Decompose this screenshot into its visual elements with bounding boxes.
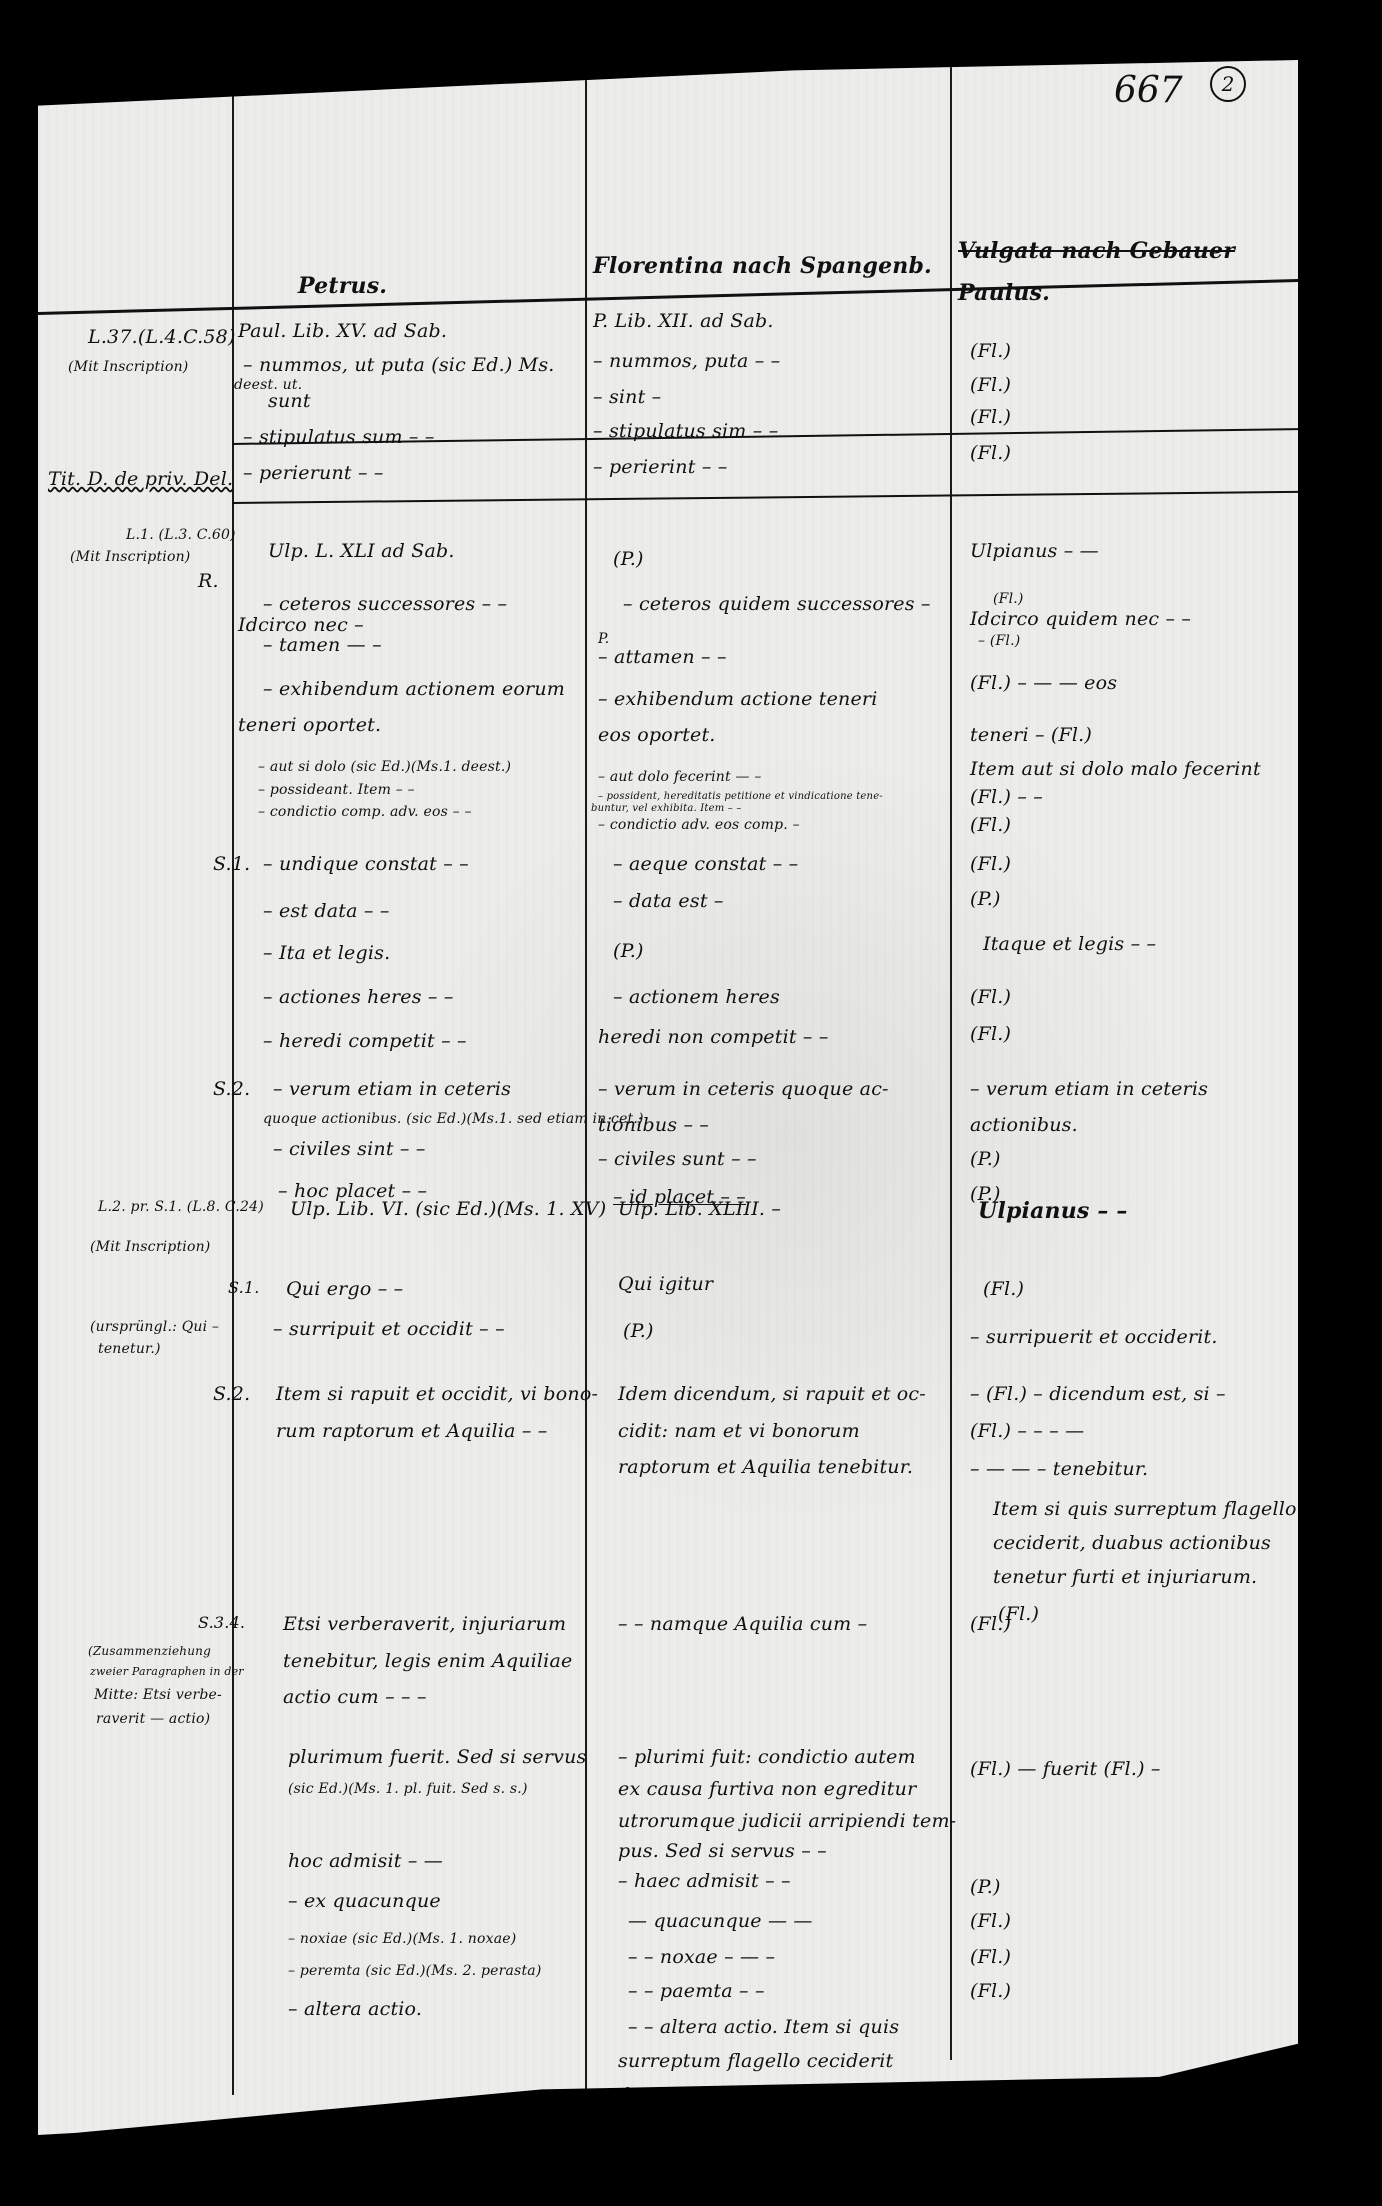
florentina-line: Qui igitur — [618, 1275, 713, 1294]
margin-note: (Mit Inscription) — [68, 360, 188, 374]
florentina-line: furti et injuriarum. — [618, 2118, 803, 2137]
petrus-line: – surripuit et occidit – – — [273, 1320, 505, 1339]
manuscript-page: 667 2 Petrus. Florentina nach Spangenb. … — [38, 60, 1298, 2135]
vulgata-line: (Fl.) — [970, 988, 1011, 1007]
vulgata-line: (Fl.) – – — [970, 788, 1043, 807]
petrus-line: Ulp. Lib. VI. (sic Ed.)(Ms. 1. XV) — [290, 1200, 606, 1219]
florentina-line: – plurimi fuit: condictio autem — [618, 1748, 916, 1767]
petrus-line: – Ita et legis. — [263, 944, 390, 963]
florentina-line: — quacunque — — — [628, 1912, 813, 1931]
petrus-line: – tamen — – — [263, 636, 382, 655]
vulgata-line: (Fl.) – – – — — [970, 1422, 1084, 1441]
vulgata-line: ceciderit, duabus actionibus — [993, 1534, 1271, 1553]
vulgata-line: (P.) — [970, 1150, 1001, 1169]
vulgata-line: – surripuerit et occiderit. — [970, 1328, 1218, 1347]
header-florentina: Florentina nach Spangenb. — [593, 255, 932, 277]
petrus-line: – stipulatus sum – – — [243, 428, 435, 447]
vulgata-line: (Fl.) — [970, 408, 1011, 427]
vulgata-line: (Fl.) — [970, 1982, 1011, 2001]
petrus-line: – heredi competit – – — [263, 1032, 467, 1051]
florentina-line: – perierint – – — [593, 458, 727, 477]
florentina-line: – aut dolo fecerint — – — [598, 770, 762, 784]
vulgata-line: (Fl.) — [970, 376, 1011, 395]
florentina-mark: P. — [598, 632, 609, 646]
vulgata-line: – verum etiam in ceteris — [970, 1080, 1208, 1099]
margin-note: (Mit Inscription) — [90, 1240, 210, 1254]
petrus-line: – est data – – — [263, 902, 390, 921]
petrus-line: Ulp. L. XLI ad Sab. — [268, 542, 455, 561]
section-ref: S.3.4. — [198, 1615, 245, 1631]
vulgata-line: Item aut si dolo malo fecerint — [970, 760, 1261, 779]
petrus-line: – ex quacunque — [288, 1892, 441, 1911]
florentina-line: – haec admisit – – — [618, 1872, 791, 1891]
petrus-line: – possideant. Item – – — [258, 783, 415, 797]
vulgata-line: (Fl.) — [970, 855, 1011, 874]
petrus-line: – nummos, ut puta (sic Ed.) Ms. — [243, 356, 555, 375]
petrus-line: – actiones heres – – — [263, 988, 454, 1007]
petrus-line: hoc admisit – — — [288, 1852, 443, 1871]
petrus-line: rum raptorum et Aquilia – – — [276, 1422, 547, 1441]
petrus-line: – verum etiam in ceteris — [273, 1080, 511, 1099]
florentina-line: surreptum flagello ceciderit — [618, 2052, 893, 2071]
florentina-line: ex causa furtiva non egreditur — [618, 1780, 916, 1799]
section-ref: S.2. — [213, 1385, 250, 1404]
petrus-line: – civiles sint – – — [273, 1140, 426, 1159]
vulgata-line: (Fl.) — [993, 592, 1024, 606]
petrus-line: – altera actio. — [288, 2000, 422, 2019]
florentina-line: – – paemta – – — [628, 1982, 765, 2001]
vulgata-line: actionibus. — [970, 1116, 1078, 1135]
vulgata-line: Ulpianus – – — [978, 1200, 1128, 1222]
florentina-line: utrorumque judicii arripiendi tem- — [618, 1812, 956, 1831]
row-rule-2 — [232, 491, 1300, 504]
petrus-line: – aut si dolo (sic Ed.)(Ms.1. deest.) — [258, 760, 511, 774]
petrus-line: (sic Ed.)(Ms. 1. pl. fuit. Sed s. s.) — [288, 1782, 528, 1796]
margin-note: tenetur.) — [98, 1342, 161, 1356]
florentina-line: – – noxae – — – — [628, 1948, 775, 1967]
margin-title: Tit. D. de priv. Del. — [48, 470, 233, 489]
section-ref: S.1. — [213, 855, 250, 874]
vulgata-line: (Fl.) — [970, 1615, 1011, 1634]
margin-ref: L.1. (L.3. C.60) — [126, 528, 236, 542]
vulgata-line: Ulpianus – — — [970, 542, 1099, 561]
margin-note: (Zusammenziehung — [88, 1645, 211, 1657]
vulgata-line: (Fl.) — fuerit (Fl.) – — [970, 1760, 1161, 1779]
petrus-line: – ceteros successores – – — [263, 595, 507, 614]
florentina-line: – stipulatus sim – – — [593, 422, 778, 441]
petrus-line: teneri oportet. — [238, 716, 381, 735]
section-ref: S.2. — [213, 1080, 250, 1099]
petrus-line: Idcirco nec – — [238, 616, 364, 635]
florentina-line: – sint – — [593, 388, 661, 407]
petrus-line: Etsi verberaverit, injuriarum — [283, 1615, 566, 1634]
vulgata-line: (P.) — [970, 1878, 1001, 1897]
florentina-line: Ulp. Lib. XLIII. – — [618, 1200, 781, 1219]
florentina-line: pus. Sed si servus – – — [618, 1842, 827, 1861]
florentina-line: – exhibendum actione teneri — [598, 690, 877, 709]
florentina-line: raptorum et Aquilia tenebitur. — [618, 1458, 913, 1477]
header-vulgata: Vulgata nach Gebauer — [958, 240, 1235, 262]
florentina-line: cidit: nam et vi bonorum — [618, 1422, 860, 1441]
petrus-line: quoque actionibus. (sic Ed.)(Ms.1. sed e… — [263, 1112, 644, 1126]
florentina-line: Idem dicendum, si rapuit et oc- — [618, 1385, 926, 1404]
petrus-line: – exhibendum actionem eorum — [263, 680, 565, 699]
florentina-line: duabus actionibus tenebitur, — [618, 2086, 899, 2105]
petrus-line: Qui ergo – – — [286, 1280, 403, 1299]
florentina-line: – nummos, puta – – — [593, 352, 780, 371]
margin-note: Mitte: Etsi verbe- — [94, 1688, 222, 1702]
vulgata-line: (Fl.) — [970, 1912, 1011, 1931]
vulgata-line: (Fl.) — [970, 816, 1011, 835]
margin-mark: R. — [198, 572, 219, 591]
vulgata-line: – (Fl.) — [978, 634, 1020, 648]
florentina-line: – condictio adv. eos comp. – — [598, 818, 800, 832]
vulgata-line: (P.) — [970, 890, 1001, 909]
section-ref: S.1. — [228, 1280, 260, 1296]
vulgata-line: Idcirco quidem nec – – — [970, 610, 1191, 629]
vulgata-line: (Fl.) — [983, 1280, 1024, 1299]
florentina-line: – civiles sunt – – — [598, 1150, 757, 1169]
florentina-line: P. Lib. XII. ad Sab. — [593, 312, 774, 331]
margin-note: (ursprüngl.: Qui – — [90, 1320, 219, 1334]
petrus-line: sunt — [268, 392, 311, 411]
petrus-line: Item si rapuit et occidit, vi bono- — [276, 1385, 598, 1404]
florentina-line: – data est – — [613, 892, 724, 911]
column-rule-3 — [950, 60, 952, 2060]
vulgata-line: (Fl.) — [970, 1025, 1011, 1044]
petrus-line: – perierunt – – — [243, 464, 384, 483]
vulgata-line: – — — – tenebitur. — [970, 1460, 1148, 1479]
petrus-line: plurimum fuerit. Sed si servus — [288, 1748, 586, 1767]
florentina-line: (P.) — [613, 942, 644, 961]
florentina-line: – – namque Aquilia cum – — [618, 1615, 867, 1634]
petrus-line: – peremta (sic Ed.)(Ms. 2. perasta) — [288, 1964, 541, 1978]
circled-number: 2 — [1210, 66, 1246, 102]
petrus-line: – condictio comp. adv. eos – – — [258, 805, 472, 819]
vulgata-line: teneri – (Fl.) — [970, 726, 1092, 745]
vulgata-line: (Fl.) — [970, 444, 1011, 463]
margin-ref: L.37.(L.4.C.58) — [88, 328, 236, 347]
margin-note: raverit — actio) — [96, 1712, 210, 1726]
florentina-line: – attamen – – — [598, 648, 727, 667]
florentina-line: – aeque constat – – — [613, 855, 798, 874]
vulgata-line: – (Fl.) – dicendum est, si – — [970, 1385, 1226, 1404]
petrus-line: – noxiae (sic Ed.)(Ms. 1. noxae) — [288, 1932, 516, 1946]
vulgata-line: Item si quis surreptum flagello — [993, 1500, 1297, 1519]
florentina-line: (P.) — [623, 1322, 654, 1341]
florentina-line: – – altera actio. Item si quis — [628, 2018, 899, 2037]
margin-note: zweier Paragraphen in der — [90, 1666, 244, 1677]
petrus-line: – undique constat – – — [263, 855, 469, 874]
florentina-line: tionibus – – — [598, 1116, 709, 1135]
vulgata-line: Itaque et legis – – — [983, 935, 1156, 954]
margin-note: (Mit Inscription) — [70, 550, 190, 564]
florentina-line: – possident, hereditatis petitione et vi… — [598, 792, 883, 802]
florentina-line: – actionem heres — [613, 988, 780, 1007]
folio-number: 667 — [1114, 70, 1183, 111]
vulgata-line: (Fl.) — [970, 342, 1011, 361]
vulgata-line: (Fl.) — [970, 1948, 1011, 1967]
florentina-line: heredi non competit – – — [598, 1028, 829, 1047]
florentina-line: buntur, vel exhibita. Item – – — [591, 804, 742, 814]
column-rule-2 — [585, 60, 587, 2100]
florentina-line: eos oportet. — [598, 726, 716, 745]
vulgata-line: tenetur furti et injuriarum. — [993, 1568, 1257, 1587]
petrus-line: Paul. Lib. XV. ad Sab. — [238, 322, 447, 341]
florentina-line: – verum in ceteris quoque ac- — [598, 1080, 889, 1099]
petrus-line: tenebitur, legis enim Aquiliae — [283, 1652, 572, 1671]
header-petrus: Petrus. — [298, 275, 387, 297]
vulgata-line: (Fl.) – — — eos — [970, 674, 1117, 693]
header-vulgata-sub: Paulus. — [958, 282, 1050, 304]
margin-ref: L.2. pr. S.1. (L.8. C.24) — [98, 1200, 264, 1214]
florentina-line: (P.) — [613, 550, 644, 569]
florentina-line: – ceteros quidem successores – — [623, 595, 931, 614]
petrus-line: actio cum – – – — [283, 1688, 427, 1707]
